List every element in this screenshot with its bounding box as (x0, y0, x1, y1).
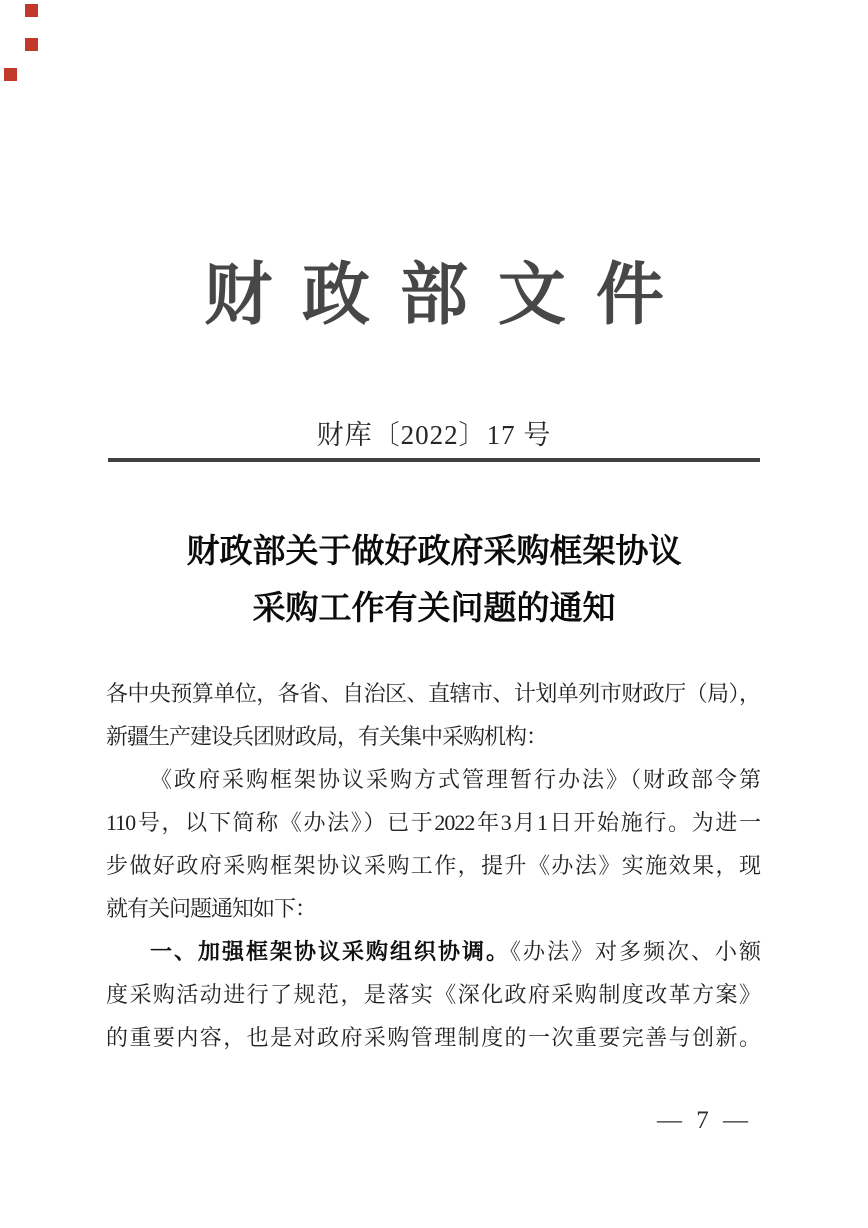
document-body: 各中央预算单位，各省、自治区、直辖市、计划单列市财政厅（局），新疆生产建设兵团财… (106, 672, 760, 1059)
body-text: 各中央预算单位，各省、自治区、直辖市、计划单列市财政厅（局）， (106, 681, 760, 706)
body-line: 110号，以下简称《办法》）已于2022年3月1日开始施行。为进一 (106, 801, 760, 844)
red-scan-mark (4, 68, 17, 81)
red-scan-mark (25, 4, 38, 17)
body-line: 一、加强框架协议采购组织协调。《办法》对多频次、小额 (106, 930, 760, 973)
document-heading-line1: 财政部关于做好政府采购框架协议 (0, 524, 868, 581)
document-page: 财政部文件 财库〔2022〕17 号 财政部关于做好政府采购框架协议 采购工作有… (0, 0, 868, 1228)
body-text: 《办法》对多频次、小额 (510, 939, 760, 964)
body-text: 步做好政府采购框架协议采购工作，提升《办法》实施效果，现 (106, 853, 760, 878)
page-number: — 7 — (657, 1104, 752, 1138)
body-text: 110号，以下简称《办法》）已于2022年3月1日开始施行。为进一 (106, 810, 760, 835)
body-line: 各中央预算单位，各省、自治区、直辖市、计划单列市财政厅（局）， (106, 672, 760, 715)
body-line: 《政府采购框架协议采购方式管理暂行办法》（财政部令第 (106, 758, 760, 801)
body-line: 新疆生产建设兵团财政局，有关集中采购机构： (106, 715, 760, 758)
body-line: 的重要内容，也是对政府采购管理制度的一次重要完善与创新。 (106, 1016, 760, 1059)
red-scan-mark (25, 38, 38, 51)
body-text: 就有关问题通知如下： (106, 896, 316, 921)
document-heading: 财政部关于做好政府采购框架协议 采购工作有关问题的通知 (0, 524, 868, 638)
body-text: 《政府采购框架协议采购方式管理暂行办法》（财政部令第 (150, 767, 760, 792)
body-text: 的重要内容，也是对政府采购管理制度的一次重要完善与创新。 (106, 1025, 760, 1050)
body-line: 度采购活动进行了规范，是落实《深化政府采购制度改革方案》 (106, 973, 760, 1016)
document-number: 财库〔2022〕17 号 (0, 415, 868, 455)
header-divider-rule (108, 458, 760, 462)
document-heading-line2: 采购工作有关问题的通知 (0, 581, 868, 638)
body-text: 新疆生产建设兵团财政局，有关集中采购机构： (106, 724, 547, 749)
body-text: 度采购活动进行了规范，是落实《深化政府采购制度改革方案》 (106, 982, 760, 1007)
body-line: 就有关问题通知如下： (106, 887, 760, 930)
body-line: 步做好政府采购框架协议采购工作，提升《办法》实施效果，现 (106, 844, 760, 887)
masthead-title: 财政部文件 (0, 253, 868, 337)
body-text-bold: 一、加强框架协议采购组织协调。 (150, 939, 510, 964)
